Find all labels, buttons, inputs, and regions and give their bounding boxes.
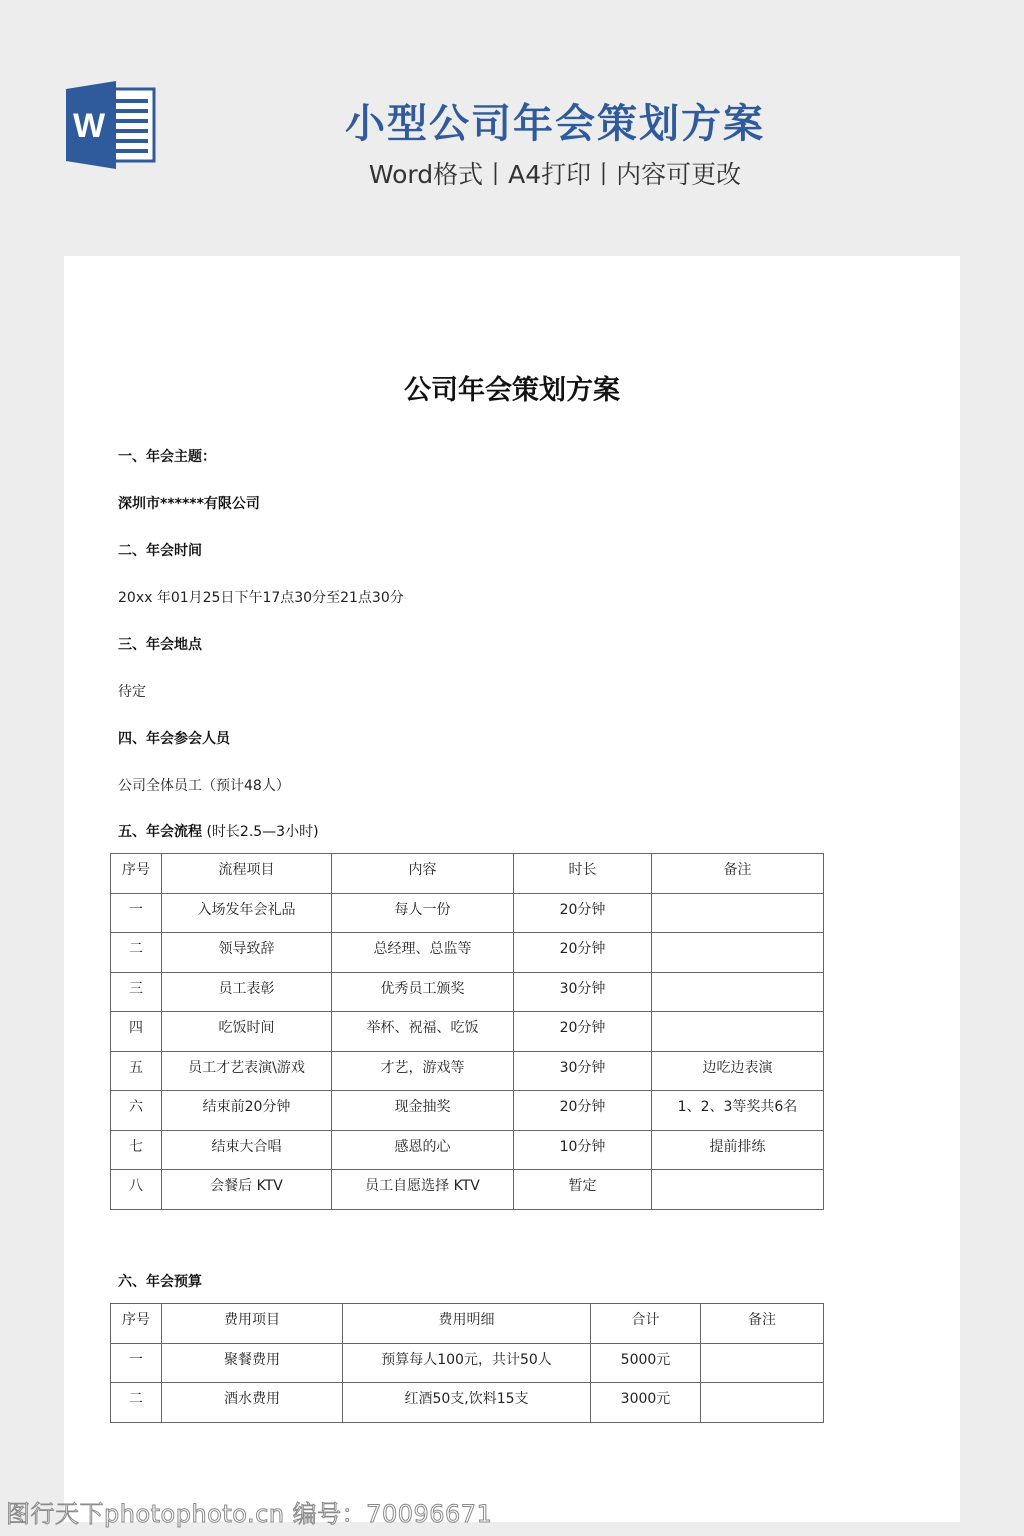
- banner-title: 小型公司年会策划方案: [330, 92, 780, 149]
- table-cell: [652, 893, 824, 933]
- table-cell: 30分钟: [514, 972, 652, 1012]
- table-header-cell: 内容: [332, 854, 514, 894]
- section-heading-location: 三、年会地点: [118, 634, 202, 654]
- table-cell: 20分钟: [514, 893, 652, 933]
- table-row: 二 领导致辞 总经理、总监等 20分钟: [111, 933, 824, 973]
- table-header-cell: 序号: [111, 1304, 162, 1344]
- table-cell: 20分钟: [514, 933, 652, 973]
- table-cell: 现金抽奖: [332, 1091, 514, 1131]
- table-row: 六 结束前20分钟 现金抽奖 20分钟 1、2、3等奖共6名: [111, 1091, 824, 1131]
- section-body-theme: 深圳市******有限公司: [118, 493, 260, 513]
- table-row: 一 聚餐费用 预算每人100元，共计50人 5000元: [111, 1343, 824, 1383]
- table-cell: [652, 972, 824, 1012]
- table-cell: 六: [111, 1091, 162, 1131]
- table-cell: 员工自愿选择 KTV: [332, 1170, 514, 1210]
- table-cell: 酒水费用: [162, 1383, 343, 1423]
- table-cell: 一: [111, 1343, 162, 1383]
- table-cell: 边吃边表演: [652, 1051, 824, 1091]
- table-cell: 四: [111, 1012, 162, 1052]
- process-table: 序号 流程项目 内容 时长 备注 一 入场发年会礼品 每人一份 20分钟 二 领…: [110, 853, 824, 1210]
- word-doc-icon: W: [64, 81, 156, 169]
- table-cell: 20分钟: [514, 1091, 652, 1131]
- table-header-row: 序号 费用项目 费用明细 合计 备注: [111, 1304, 824, 1344]
- table-header-cell: 合计: [591, 1304, 701, 1344]
- table-cell: 1、2、3等奖共6名: [652, 1091, 824, 1131]
- process-heading-text: 五、年会流程: [118, 824, 202, 840]
- table-cell: [701, 1343, 824, 1383]
- table-cell: 结束大合唱: [162, 1130, 332, 1170]
- section-body-attendees: 公司全体员工（预计48人）: [118, 775, 290, 795]
- table-cell: 员工才艺表演\游戏: [162, 1051, 332, 1091]
- table-cell: 优秀员工颁奖: [332, 972, 514, 1012]
- banner-subtitle: Word格式丨A4打印丨内容可更改: [330, 155, 780, 191]
- table-cell: [652, 1012, 824, 1052]
- budget-table: 序号 费用项目 费用明细 合计 备注 一 聚餐费用 预算每人100元，共计50人…: [110, 1303, 824, 1423]
- table-header-cell: 流程项目: [162, 854, 332, 894]
- table-cell: [652, 933, 824, 973]
- table-cell: 才艺，游戏等: [332, 1051, 514, 1091]
- table-row: 四 吃饭时间 举杯、祝福、吃饭 20分钟: [111, 1012, 824, 1052]
- table-cell: 会餐后 KTV: [162, 1170, 332, 1210]
- table-cell: 一: [111, 893, 162, 933]
- table-header-cell: 费用明细: [343, 1304, 591, 1344]
- section-heading-attendees: 四、年会参会人员: [118, 728, 230, 748]
- table-cell: 20分钟: [514, 1012, 652, 1052]
- table-cell: 举杯、祝福、吃饭: [332, 1012, 514, 1052]
- section-heading-budget: 六、年会预算: [118, 1271, 202, 1291]
- table-row: 二 酒水费用 红酒50支,饮料15支 3000元: [111, 1383, 824, 1423]
- table-cell: 聚餐费用: [162, 1343, 343, 1383]
- section-body-location: 待定: [118, 681, 146, 701]
- table-cell: 员工表彰: [162, 972, 332, 1012]
- table-cell: 10分钟: [514, 1130, 652, 1170]
- table-cell: 入场发年会礼品: [162, 893, 332, 933]
- section-heading-theme: 一、年会主题：: [118, 446, 216, 466]
- table-cell: 二: [111, 1383, 162, 1423]
- table-cell: 七: [111, 1130, 162, 1170]
- table-cell: 吃饭时间: [162, 1012, 332, 1052]
- table-row: 三 员工表彰 优秀员工颁奖 30分钟: [111, 972, 824, 1012]
- table-header-cell: 备注: [652, 854, 824, 894]
- svg-text:W: W: [73, 107, 106, 145]
- section-heading-time: 二、年会时间: [118, 540, 202, 560]
- table-cell: 暂定: [514, 1170, 652, 1210]
- table-cell: 红酒50支,饮料15支: [343, 1383, 591, 1423]
- table-cell: 二: [111, 933, 162, 973]
- document-page: 公司年会策划方案 一、年会主题： 深圳市******有限公司 二、年会时间 20…: [64, 256, 960, 1522]
- table-row: 一 入场发年会礼品 每人一份 20分钟: [111, 893, 824, 933]
- document-title: 公司年会策划方案: [64, 368, 960, 407]
- table-cell: [652, 1170, 824, 1210]
- process-duration-note: (时长2.5—3小时): [202, 824, 319, 840]
- table-row: 七 结束大合唱 感恩的心 10分钟 提前排练: [111, 1130, 824, 1170]
- table-cell: 结束前20分钟: [162, 1091, 332, 1131]
- table-row: 五 员工才艺表演\游戏 才艺，游戏等 30分钟 边吃边表演: [111, 1051, 824, 1091]
- section-heading-process: 五、年会流程 (时长2.5—3小时): [118, 821, 319, 841]
- table-cell: 总经理、总监等: [332, 933, 514, 973]
- table-cell: 5000元: [591, 1343, 701, 1383]
- table-cell: 30分钟: [514, 1051, 652, 1091]
- table-header-cell: 费用项目: [162, 1304, 343, 1344]
- table-cell: 预算每人100元，共计50人: [343, 1343, 591, 1383]
- table-header-row: 序号 流程项目 内容 时长 备注: [111, 854, 824, 894]
- table-cell: 提前排练: [652, 1130, 824, 1170]
- table-cell: 三: [111, 972, 162, 1012]
- watermark-text: 图行天下photophoto.cn 编号：70096671: [6, 1494, 492, 1529]
- table-cell: 五: [111, 1051, 162, 1091]
- table-header-cell: 备注: [701, 1304, 824, 1344]
- table-header-cell: 序号: [111, 854, 162, 894]
- table-row: 八 会餐后 KTV 员工自愿选择 KTV 暂定: [111, 1170, 824, 1210]
- table-cell: [701, 1383, 824, 1423]
- table-header-cell: 时长: [514, 854, 652, 894]
- section-body-time: 20xx 年01月25日下午17点30分至21点30分: [118, 587, 404, 607]
- table-cell: 3000元: [591, 1383, 701, 1423]
- table-cell: 八: [111, 1170, 162, 1210]
- table-cell: 感恩的心: [332, 1130, 514, 1170]
- table-cell: 每人一份: [332, 893, 514, 933]
- table-cell: 领导致辞: [162, 933, 332, 973]
